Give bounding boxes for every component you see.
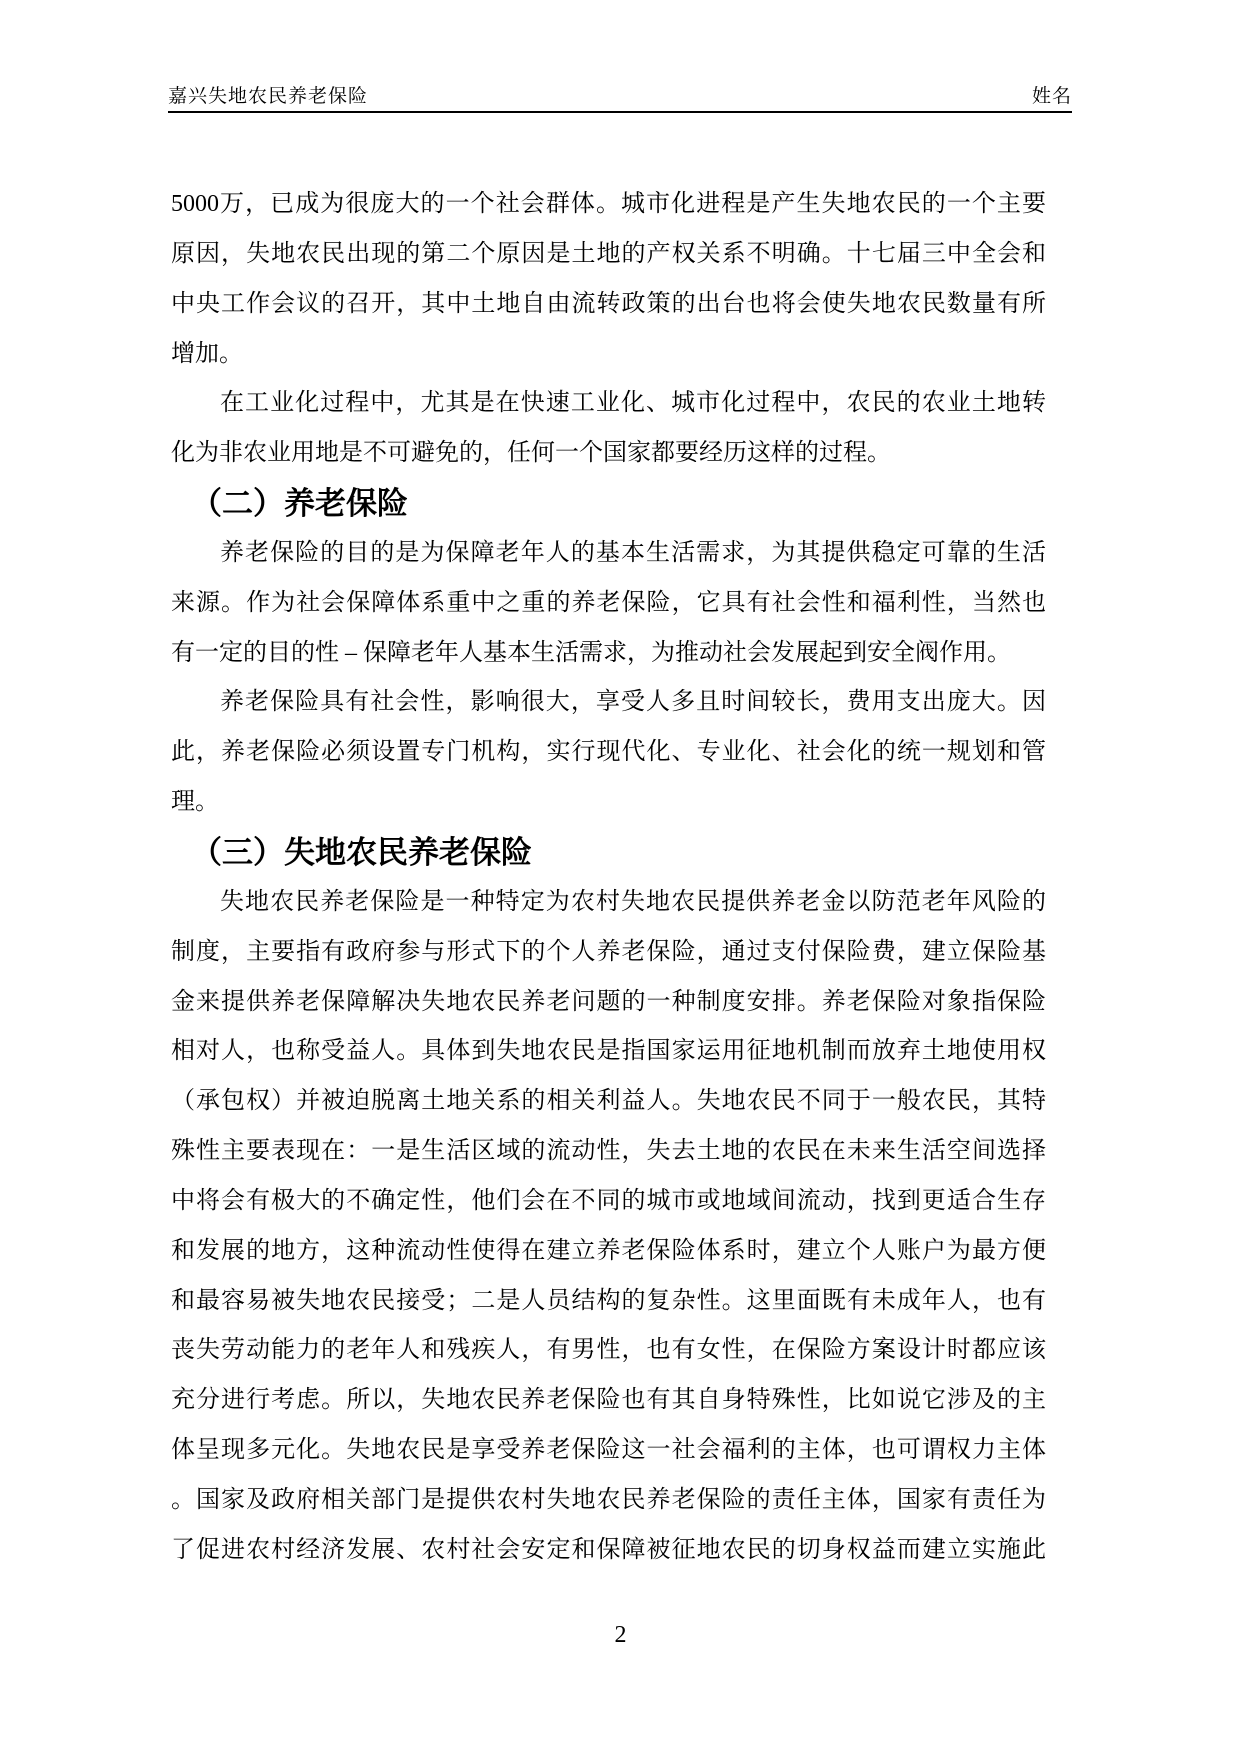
text-line: 体呈现多元化。失地农民是享受养老保险这一社会福利的主体，也可谓权力主体	[171, 1426, 1046, 1476]
page-number: 2	[615, 1622, 627, 1648]
header-right-name: 姓名	[1032, 81, 1072, 108]
text-line: （承包权）并被迫脱离土地关系的相关利益人。失地农民不同于一般农民，其特	[171, 1077, 1046, 1127]
text-line: 5000万，已成为很庞大的一个社会群体。城市化进程是产生失地农民的一个主要	[171, 180, 1046, 230]
text-line: 失地农民养老保险是一种特定为农村失地农民提供养老金以防范老年风险的	[171, 878, 1046, 928]
section-heading: （二）养老保险	[171, 479, 1046, 529]
text-line: 丧失劳动能力的老年人和残疾人，有男性，也有女性，在保险方案设计时都应该	[171, 1326, 1046, 1376]
text-line: 理。	[171, 778, 1046, 828]
text-line: 殊性主要表现在：一是生活区域的流动性，失去土地的农民在未来生活空间选择	[171, 1127, 1046, 1177]
text-line: 金来提供养老保障解决失地农民养老问题的一种制度安排。养老保险对象指保险	[171, 978, 1046, 1028]
text-line: 增加。	[171, 330, 1046, 380]
text-line: 和发展的地方，这种流动性使得在建立养老保险体系时，建立个人账户为最方便	[171, 1227, 1046, 1277]
text-line: 化为非农业用地是不可避免的，任何一个国家都要经历这样的过程。	[171, 429, 1046, 479]
page-header: 嘉兴失地农民养老保险 姓名	[168, 78, 1072, 113]
text-line: 相对人，也称受益人。具体到失地农民是指国家运用征地机制而放弃土地使用权	[171, 1027, 1046, 1077]
text-line: 养老保险的目的是为保障老年人的基本生活需求，为其提供稳定可靠的生活	[171, 529, 1046, 579]
text-line: 。国家及政府相关部门是提供农村失地农民养老保险的责任主体，国家有责任为	[171, 1476, 1046, 1526]
text-line: 养老保险具有社会性，影响很大，享受人多且时间较长，费用支出庞大。因	[171, 678, 1046, 728]
document-body: 5000万，已成为很庞大的一个社会群体。城市化进程是产生失地农民的一个主要原因，…	[171, 180, 1046, 1576]
text-line: 了促进农村经济发展、农村社会安定和保障被征地农民的切身权益而建立实施此	[171, 1526, 1046, 1576]
text-line: 制度，主要指有政府参与形式下的个人养老保险，通过支付保险费，建立保险基	[171, 928, 1046, 978]
text-line: 此，养老保险必须设置专门机构，实行现代化、专业化、社会化的统一规划和管	[171, 728, 1046, 778]
text-line: 充分进行考虑。所以，失地农民养老保险也有其自身特殊性，比如说它涉及的主	[171, 1376, 1046, 1426]
text-line: 来源。作为社会保障体系重中之重的养老保险，它具有社会性和福利性，当然也	[171, 579, 1046, 629]
text-line: 中央工作会议的召开，其中土地自由流转政策的出台也将会使失地农民数量有所	[171, 280, 1046, 330]
text-line: 和最容易被失地农民接受；二是人员结构的复杂性。这里面既有未成年人，也有	[171, 1277, 1046, 1327]
text-line: 在工业化过程中，尤其是在快速工业化、城市化过程中，农民的农业土地转	[171, 379, 1046, 429]
header-left-title: 嘉兴失地农民养老保险	[168, 81, 368, 108]
section-heading: （三）失地农民养老保险	[171, 828, 1046, 878]
text-line: 有一定的目的性 – 保障老年人基本生活需求，为推动社会发展起到安全阀作用。	[171, 629, 1046, 679]
page-footer: 2	[0, 1622, 1241, 1649]
document-page: 嘉兴失地农民养老保险 姓名 5000万，已成为很庞大的一个社会群体。城市化进程是…	[0, 0, 1241, 1754]
text-line: 原因，失地农民出现的第二个原因是土地的产权关系不明确。十七届三中全会和	[171, 230, 1046, 280]
text-line: 中将会有极大的不确定性，他们会在不同的城市或地域间流动，找到更适合生存	[171, 1177, 1046, 1227]
